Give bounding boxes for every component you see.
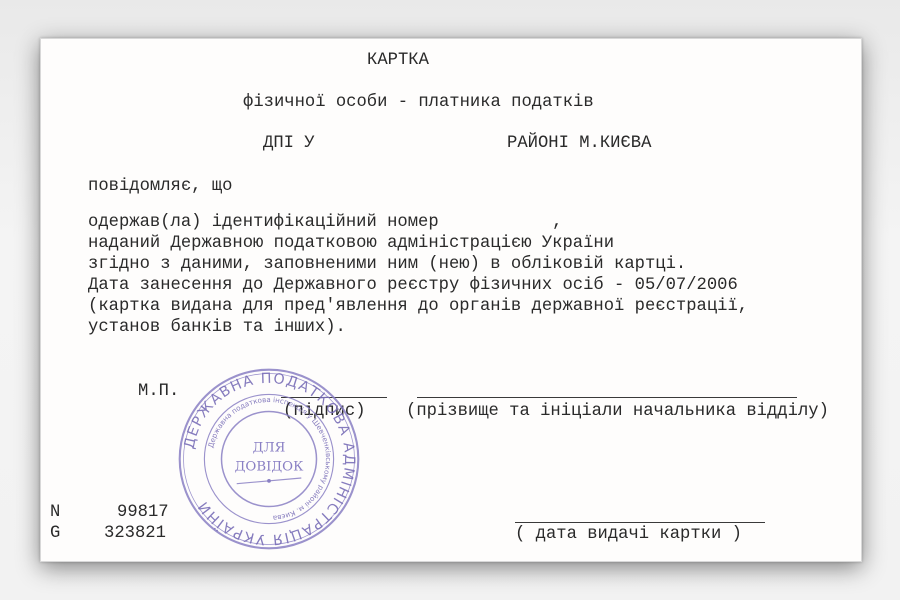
svg-text:ДЛЯ: ДЛЯ bbox=[253, 440, 286, 455]
intro-text: повідомляє, що bbox=[88, 177, 232, 197]
svg-text:ДОВІДОК: ДОВІДОК bbox=[235, 459, 304, 474]
document-subtitle: фізичної особи - платника податків bbox=[243, 93, 594, 113]
code-letter: G bbox=[50, 524, 60, 544]
code-value: 99817 bbox=[117, 503, 169, 523]
body-line: Дата занесення до Державного реєстру фіз… bbox=[88, 276, 738, 296]
body-line: установ банків та інших). bbox=[88, 318, 346, 338]
authority-left: ДПІ У bbox=[263, 134, 315, 154]
body-line: одержав(ла) ідентифікаційний номер , bbox=[88, 213, 562, 233]
body-line: (картка видана для пред'явлення до орган… bbox=[88, 297, 748, 317]
code-letter: N bbox=[50, 503, 60, 523]
document-title: КАРТКА bbox=[367, 51, 429, 71]
code-value: 323821 bbox=[104, 524, 166, 544]
official-stamp: ДЕРЖАВНА ПОДАТКОВА АДМІНІСТРАЦІЯ УКРАЇНИ… bbox=[174, 364, 364, 554]
body-line: згідно з даними, заповненими ним (нею) в… bbox=[88, 255, 686, 275]
head-name-label: (прізвище та ініціали начальника відділу… bbox=[406, 402, 829, 422]
head-name-line bbox=[417, 397, 797, 398]
issue-date-label: ( дата видачі картки ) bbox=[515, 525, 742, 545]
body-line: наданий Державною податковою адміністрац… bbox=[88, 234, 614, 254]
stamp-seal-icon: ДЕРЖАВНА ПОДАТКОВА АДМІНІСТРАЦІЯ УКРАЇНИ… bbox=[174, 364, 364, 554]
authority-right: РАЙОНІ М.КИЄВА bbox=[507, 134, 651, 154]
issue-date-line bbox=[515, 522, 765, 523]
tax-card-document: КАРТКА фізичної особи - платника податкі… bbox=[40, 38, 862, 562]
